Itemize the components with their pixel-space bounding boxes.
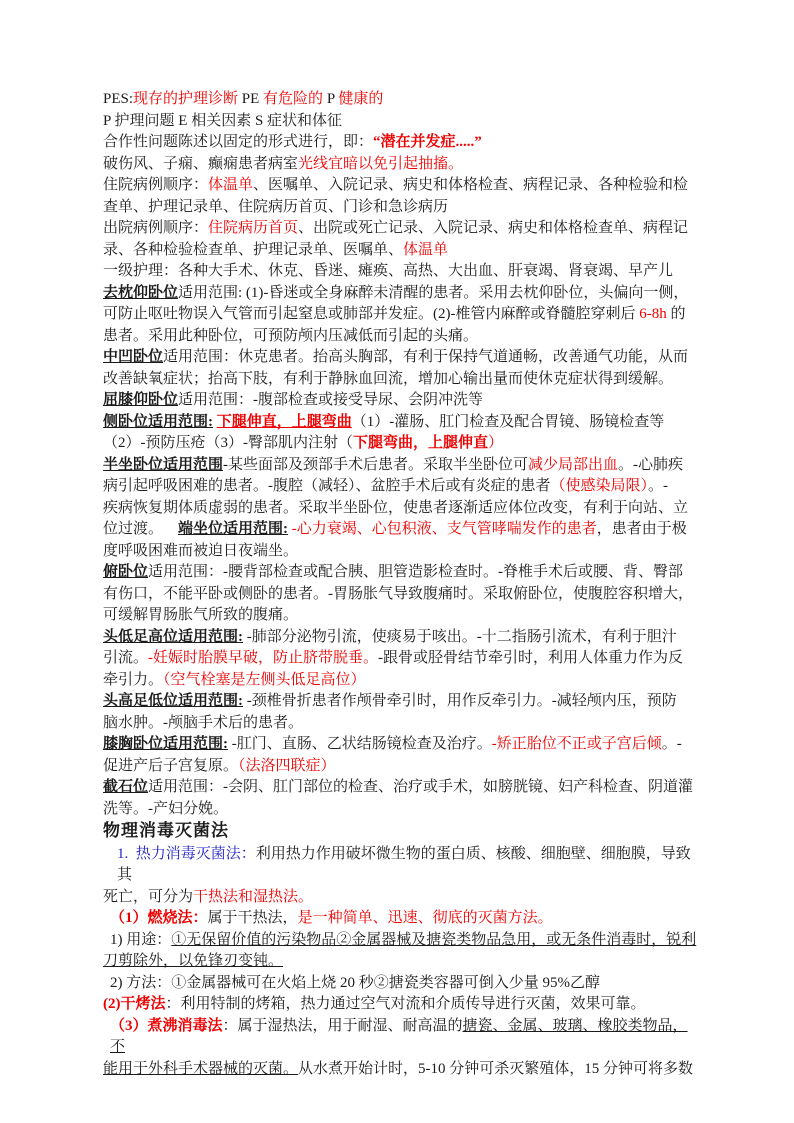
text-run: 适用范围：-腰背部检查或配合胰、胆管造影检查时。-脊椎手术后或腰、背、臀部	[148, 564, 683, 580]
text-line: 度呼吸困难而被迫日夜端坐。	[103, 541, 699, 563]
text-run: 度呼吸困难而被迫日夜端坐。	[103, 543, 298, 559]
text-run: 一级护理：各种大手术、休克、昏迷、瘫痪、高热、大出血、肝衰竭、肾衰竭、早产儿	[103, 263, 673, 279]
text-line: P 护理问题 E 相关因素 S 症状和体征	[103, 111, 699, 133]
text-line: （1）燃烧法：属于干热法，是一种简单、迅速、彻底的灭菌方法。	[103, 908, 699, 930]
text-run: ：	[193, 910, 208, 926]
text-run: -肛门、直肠、乙状结肠镜检查及治疗。	[228, 736, 492, 752]
text-run: 合作性问题陈述以固定的形式进行，即：	[103, 134, 373, 150]
text-run: 适用范围: (1)-昏迷或全身麻醉未清醒的患者。采用去枕仰卧位，头偏向一侧，	[178, 285, 688, 301]
text-line: 患者。采用此种卧位，可预防颅内压减低而引起的头痛。	[103, 326, 699, 348]
text-line: 病引起呼吸困难的患者。-腹腔（减轻）、盆腔手术后或有炎症的患者（使感染局限）。-	[103, 476, 699, 498]
text-run: 病引起呼吸困难的患者。-腹腔（减轻）、盆腔手术后或有炎症的患者	[103, 478, 551, 494]
text-run: 引流。	[103, 650, 148, 666]
text-run: 体温单	[208, 177, 253, 193]
text-run: 、医嘱单、入院记录、病史和体格检查、病程记录、各种检验和检	[253, 177, 688, 193]
text-line: 合作性问题陈述以固定的形式进行，即：“潜在并发症.....”	[103, 132, 699, 154]
text-run: 破伤风、子痫、癫痫患者病室	[103, 156, 298, 172]
text-run: 俯卧位	[103, 564, 148, 580]
document-page: PES:现存的护理诊断 PE 有危险的 P 健康的P 护理问题 E 相关因素 S…	[103, 89, 699, 1080]
text-line: 头低足高位适用范围: -肺部分泌物引流，使痰易于咳出。-十二指肠引流术，有利于胆…	[103, 627, 699, 649]
text-line: 去枕仰卧位适用范围: (1)-昏迷或全身麻醉未清醒的患者。采用去枕仰卧位，头偏向…	[103, 283, 699, 305]
text-run: 中凹卧位	[103, 349, 163, 365]
text-run: 下腿伸直，上腿弯曲	[217, 414, 352, 430]
text-line: 位过渡。 端坐位适用范围: -心力衰竭、心包积液、支气管哮喘发作的患者，患者由于…	[103, 519, 699, 541]
text-run: 死亡，可分为	[103, 889, 193, 905]
text-run: 去枕仰卧位	[103, 285, 178, 301]
text-run: 。-心肺疾	[618, 457, 683, 473]
text-run: ①无保留价值的污染物品②金属器械及搪瓷类物品急用，或无条件消毒时，锐利	[171, 932, 696, 948]
text-line: 疾病恢复期体质虚弱的患者。采取半坐卧位，使患者逐渐适应体位改变，有利于向站、立	[103, 498, 699, 520]
text-line: 侧卧位适用范围: 下腿伸直，上腿弯曲（1）-灌肠、肛门检查及配合胃镜、肠镜检查等	[103, 412, 699, 434]
text-run: （3）煮沸消毒法	[110, 1018, 223, 1034]
text-line: 有伤口，不能平卧或侧卧的患者。-胃肠胀气导致腹痛时。采取俯卧位，使腹腔容积增大，	[103, 584, 699, 606]
text-line: 截石位适用范围：-会阴、肛门部位的检查、治疗或手术，如膀胱镜、妇产科检查、阴道灌	[103, 777, 699, 799]
text-run: “潜在并发症.....”	[373, 134, 482, 150]
text-run: 适用范围：-会阴、肛门部位的检查、治疗或手术，如膀胱镜、妇产科检查、阴道灌	[148, 779, 693, 795]
text-run: 物理消毒灭菌法	[103, 821, 229, 840]
text-run: ，患者由于极	[597, 521, 687, 537]
text-run: -肺部分泌物引流，使痰易于咳出。-十二指肠引流术，有利于胆汁	[243, 629, 677, 645]
text-run: 屈膝仰卧位	[103, 392, 178, 408]
text-run: 膝胸卧位适用范围:	[103, 736, 228, 752]
text-line: 死亡，可分为干热法和湿热法。	[103, 887, 699, 909]
text-line: 可防止呕吐物误入气管而引起窒息或肺部并发症。(2)-椎管内麻醉或脊髓腔穿刺后 6…	[103, 304, 699, 326]
text-run: 光线宜暗以免引起抽搐。	[298, 156, 463, 172]
text-run: 减少局部出血	[528, 457, 618, 473]
text-line: 脑水肿。-颅脑手术后的患者。	[103, 713, 699, 735]
text-line: 查单、护理记录单、住院病历首页、门诊和急诊病历	[103, 197, 699, 219]
text-run: -某些面部及颈部手术后患者。采取半坐卧位可	[223, 457, 528, 473]
text-line: 2) 方法：①金属器械可在火焰上烧 20 秒②搪瓷类容器可倒入少量 95%乙醇	[103, 973, 699, 995]
text-line: 屈膝仰卧位适用范围：-腹部检查或接受导尿、会阴冲洗等	[103, 390, 699, 412]
text-run: 截石位	[103, 779, 148, 795]
text-run: P 护理问题 E 相关因素 S 症状和体征	[103, 113, 342, 129]
text-run: （法洛四联症）	[238, 758, 336, 774]
text-line: 破伤风、子痫、癫痫患者病室光线宜暗以免引起抽搐。	[103, 154, 699, 176]
text-line: 中凹卧位适用范围：休克患者。抬高头胸部，有利于保持气道通畅，改善通气功能，从而	[103, 347, 699, 369]
text-line: 半坐卧位适用范围-某些面部及颈部手术后患者。采取半坐卧位可减少局部出血。-心肺疾	[103, 455, 699, 477]
text-line: （2）-预防压疮（3）-臀部肌内注射（下腿弯曲，上腿伸直）	[103, 433, 699, 455]
text-line: (2)干烤法：利用特制的烤箱，热力通过空气对流和介质传导进行灭菌，效果可靠。	[103, 994, 699, 1016]
text-run: 是一种简单、迅速、彻底的灭菌方法。	[298, 910, 553, 926]
text-run: 疾病恢复期体质虚弱的患者。采取半坐卧位，使患者逐渐适应体位改变，有利于向站、立	[103, 500, 688, 516]
text-line: 录、各种检验检查单、护理记录单、医嘱单、体温单	[103, 240, 699, 262]
text-line: 改善缺氧症状；抬高下肢，有利于静脉血回流，增加心输出量而使休克症状得到缓解。	[103, 369, 699, 391]
text-run: 患者。采用此种卧位，可预防颅内压减低而引起的头痛。	[103, 328, 478, 344]
text-run: -心力衰竭、心包积液、支气管哮喘发作的患者	[292, 521, 597, 537]
text-run: 侧卧位适用范围:	[103, 414, 213, 430]
text-run: 2) 方法：①金属器械可在火焰上烧 20 秒②搪瓷类容器可倒入少量 95%乙醇	[110, 975, 600, 991]
text-run: （1）	[110, 910, 148, 926]
text-run: 头高足低位适用范围:	[103, 693, 243, 709]
text-line: 出院病例顺序：住院病历首页、出院或死亡记录、入院记录、病史和体格检查单、病程记	[103, 218, 699, 240]
text-line: 促进产后子宫复原。（法洛四联症）	[103, 756, 699, 778]
text-run: 从水煮开始计时，5-10 分钟可杀灭繁殖体，15 分钟可将多数	[298, 1061, 693, 1077]
text-line: 1. 热力消毒灭菌法：利用热力作用破坏微生物的蛋白质、核酸、细胞壁、细胞膜，导致…	[103, 844, 699, 887]
text-line: 一级护理：各种大手术、休克、昏迷、瘫痪、高热、大出血、肝衰竭、肾衰竭、早产儿	[103, 261, 699, 283]
text-run: PE	[238, 91, 263, 107]
text-run: （使感染局限）	[551, 478, 649, 494]
text-run: ）	[488, 435, 503, 451]
text-run: 可缓解胃肠胀气所致的腹痛。	[103, 607, 298, 623]
text-run: 适用范围：休克患者。抬高头胸部，有利于保持气道通畅，改善通气功能，从而	[163, 349, 688, 365]
text-run: 脑水肿。-颅脑手术后的患者。	[103, 715, 303, 731]
text-run: ：利用特制的烤箱，热力通过空气对流和介质传导进行灭菌，效果可靠。	[166, 996, 646, 1012]
text-line: PES:现存的护理诊断 PE 有危险的 P 健康的	[103, 89, 699, 111]
text-line: 物理消毒灭菌法	[103, 820, 699, 844]
text-run: 牵引力。	[103, 672, 163, 688]
text-line: （3）煮沸消毒法：属于湿热法，用于耐湿、耐高温的搪瓷、金属、玻璃、橡胶类物品，不	[103, 1016, 699, 1059]
text-run: （2）-预防压疮（3）-臀部肌内注射（	[103, 435, 353, 451]
text-run: 刀剪除外，以免锋刃变钝。	[103, 953, 283, 969]
text-run: 半坐卧位适用范围	[103, 457, 223, 473]
text-line: 俯卧位适用范围：-腰背部检查或配合胰、胆管造影检查时。-脊椎手术后或腰、背、臀部	[103, 562, 699, 584]
text-run: 可防止呕吐物误入气管而引起窒息或肺部并发症。(2)-椎管内麻醉或脊髓腔穿刺后	[103, 306, 639, 322]
text-line: 洗等。-产妇分娩。	[103, 799, 699, 821]
text-run: （1）-灌肠、肛门检查及配合胃镜、肠镜检查等	[352, 414, 665, 430]
text-run: 适用范围：-腹部检查或接受导尿、会阴冲洗等	[178, 392, 483, 408]
text-line: 能用于外科手术器械的灭菌。从水煮开始计时，5-10 分钟可杀灭繁殖体，15 分钟…	[103, 1059, 699, 1081]
text-run: 洗等。-产妇分娩。	[103, 801, 228, 817]
text-run: 体温单	[403, 242, 448, 258]
text-run: 。-	[662, 736, 682, 752]
text-run: PES:	[103, 91, 133, 107]
text-run: 6-8h	[639, 306, 667, 322]
text-run: （空气栓塞是左侧头低足高位）	[163, 672, 366, 688]
text-run: 的	[667, 306, 686, 322]
text-run: 1) 用途：	[110, 932, 171, 948]
text-run: 下腿弯曲，上腿伸直	[353, 435, 488, 451]
text-run: 住院病例顺序：	[103, 177, 208, 193]
text-run: 有危险的	[263, 91, 323, 107]
text-run: 头低足高位适用范围:	[103, 629, 243, 645]
text-run: 能用于外科手术器械的灭菌。	[103, 1061, 298, 1077]
text-run: 干热法和湿热法。	[193, 889, 313, 905]
text-run: ：属于湿热法，用于耐湿、耐高温的	[223, 1018, 463, 1034]
text-run: 促进产后子宫复原。	[103, 758, 238, 774]
text-run: 现存的护理诊断	[133, 91, 238, 107]
text-run: 住院病历首页	[208, 220, 298, 236]
text-run: 位过渡。	[103, 521, 178, 537]
text-run: 查单、护理记录单、住院病历首页、门诊和急诊病历	[103, 199, 448, 215]
text-run: -妊娠时胎膜早破，防止脐带脱垂。	[148, 650, 378, 666]
text-run: -矫正胎位不正或子宫后倾	[492, 736, 662, 752]
text-line: 可缓解胃肠胀气所致的腹痛。	[103, 605, 699, 627]
text-line: 牵引力。（空气栓塞是左侧头低足高位）	[103, 670, 699, 692]
text-line: 1) 用途：①无保留价值的污染物品②金属器械及搪瓷类物品急用，或无条件消毒时，锐…	[103, 930, 699, 952]
text-run: 录、各种检验检查单、护理记录单、医嘱单、	[103, 242, 403, 258]
text-run: 改善缺氧症状；抬高下肢，有利于静脉血回流，增加心输出量而使休克症状得到缓解。	[103, 371, 673, 387]
text-line: 头高足低位适用范围: -颈椎骨折患者作颅骨牵引时，用作反牵引力。-减轻颅内压，预…	[103, 691, 699, 713]
text-line: 引流。-妊娠时胎膜早破，防止脐带脱垂。-跟骨或胫骨结节牵引时，利用人体重力作为反	[103, 648, 699, 670]
text-run: (2)干烤法	[103, 996, 166, 1012]
text-line: 刀剪除外，以免锋刃变钝。	[103, 951, 699, 973]
text-run: 燃烧法	[148, 910, 193, 926]
text-run: 。-	[648, 478, 668, 494]
text-run: -跟骨或胫骨结节牵引时，利用人体重力作为反	[378, 650, 683, 666]
text-run: 1. 热力消毒灭菌法：	[117, 846, 256, 862]
text-run: 端坐位适用范围:	[178, 521, 288, 537]
text-line: 住院病例顺序：体温单、医嘱单、入院记录、病史和体格检查、病程记录、各种检验和检	[103, 175, 699, 197]
text-run: 有伤口，不能平卧或侧卧的患者。-胃肠胀气导致腹痛时。采取俯卧位，使腹腔容积增大，	[103, 586, 693, 602]
text-run: 出院病例顺序：	[103, 220, 208, 236]
text-run: -颈椎骨折患者作颅骨牵引时，用作反牵引力。-减轻颅内压，预防	[243, 693, 677, 709]
text-line: 膝胸卧位适用范围: -肛门、直肠、乙状结肠镜检查及治疗。-矫正胎位不正或子宫后倾…	[103, 734, 699, 756]
text-run: 属于干热法，	[208, 910, 298, 926]
text-run: 健康的	[338, 91, 383, 107]
text-run: P	[323, 91, 338, 107]
text-run: 、出院或死亡记录、入院记录、病史和体格检查单、病程记	[298, 220, 688, 236]
